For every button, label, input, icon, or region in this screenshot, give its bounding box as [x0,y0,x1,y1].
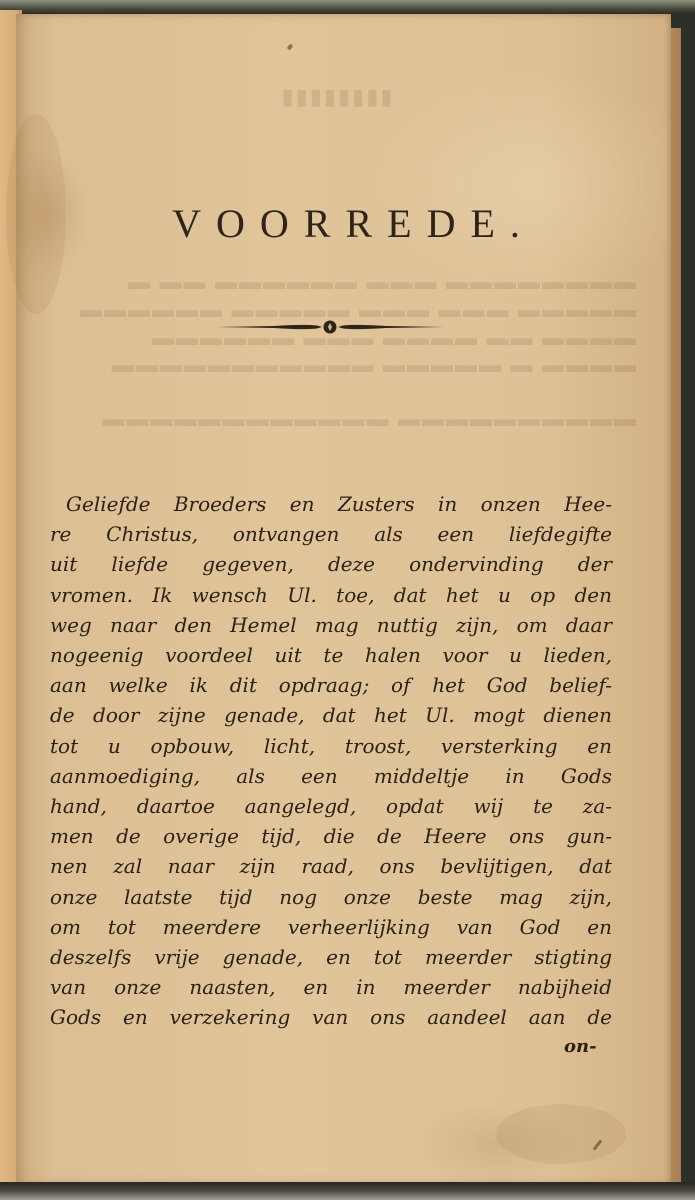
text-line: re Christus, ontvangen als een liefdegif… [50,519,612,549]
text-line: nen zal naar zijn raad, ons bevlijtigen,… [50,851,612,881]
book-photo: ▮▮▮▮▮▮▮▮ ▬▬▬▬▬▬▬▬ ▬▬▬ ▬▬▬▬▬▬ ▬▬ ▬ ▬▬▬▬▬ … [0,0,695,1200]
catchword: on- [564,1036,597,1057]
text-line: van onze naasten, en in meerder nabijhei… [50,972,612,1002]
water-stain [496,1104,626,1164]
book-cover-top-edge [0,0,695,14]
text-line: Gods en verzekering van ons aandeel aan … [50,1002,612,1032]
text-line: nogeenig voordeel uit te halen voor u li… [50,640,612,670]
show-through-text: ▬▬▬▬ ▬ ▬▬▬▬▬ ▬▬▬▬▬▬▬▬▬▬▬ [36,352,636,378]
show-through-text: ▮▮▮▮▮▮▮▮ [36,84,636,110]
text-line: uit liefde gegeven, deze ondervinding de… [50,549,612,579]
text-line: men de overige tijd, die de Heere ons gu… [50,821,612,851]
preface-body: Geliefde Broeders en Zusters in onzen He… [50,489,612,1033]
paper-blemish [287,43,294,50]
text-line: tot u opbouw, licht, troost, versterking… [50,731,612,761]
text-line: Geliefde Broeders en Zusters in onzen He… [50,489,612,519]
text-line: de door zijne genade, dat het Ul. mogt d… [50,700,612,730]
show-through-text: ▬▬▬▬▬▬▬▬▬▬ ▬▬▬▬▬▬▬▬▬▬▬▬ [36,406,636,432]
text-line: vromen. Ik wensch Ul. toe, dat het u op … [50,580,612,610]
text-line: aan welke ik dit opdraag; of het God bel… [50,670,612,700]
text-line: om tot meerdere verheerlijking van God e… [50,912,612,942]
text-line: aanmoediging, als een middeltje in Gods [50,761,612,791]
show-through-text: ▬▬▬▬▬▬▬▬ ▬▬▬ ▬▬▬▬▬▬ ▬▬ ▬ [36,269,636,295]
text-line: deszelfs vrije genade, en tot meerder st… [50,942,612,972]
fleuron-rule-icon [214,319,446,335]
book-page: ▮▮▮▮▮▮▮▮ ▬▬▬▬▬▬▬▬ ▬▬▬ ▬▬▬▬▬▬ ▬▬ ▬ ▬▬▬▬▬ … [16,14,671,1184]
page-heading: VOORREDE. [16,200,681,247]
book-cover-bottom-edge [0,1182,695,1200]
text-line: onze laatste tijd nog onze beste mag zij… [50,882,612,912]
text-line: hand, daartoe aangelegd, opdat wij te za… [50,791,612,821]
text-line: weg naar den Hemel mag nuttig zijn, om d… [50,610,612,640]
